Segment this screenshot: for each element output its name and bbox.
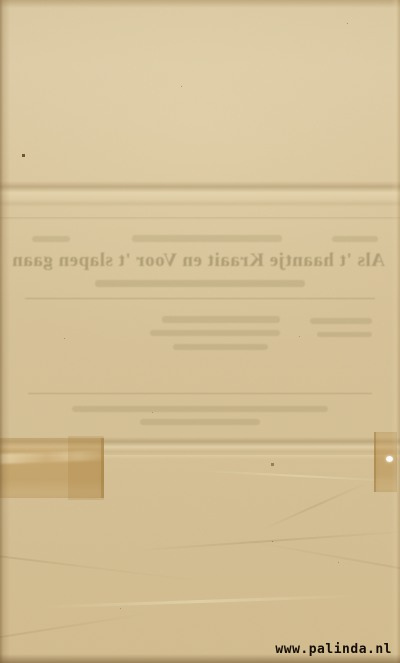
wrinkle-highlight bbox=[40, 594, 360, 608]
bleedthrough-smudge-line bbox=[162, 316, 280, 323]
bleedthrough-smudge-line bbox=[310, 318, 372, 324]
bleedthrough-rule bbox=[25, 298, 375, 299]
bleedthrough-rule bbox=[28, 393, 372, 394]
wrinkle-line bbox=[0, 553, 209, 583]
wrinkle-line bbox=[0, 612, 149, 639]
bleedthrough-smudge-line bbox=[150, 330, 280, 336]
paper-edge-left bbox=[0, 0, 10, 663]
scanned-paper-back: Als 't haantje Kraait en Voor 't slapen … bbox=[0, 0, 400, 663]
bleedthrough-smudge-line bbox=[132, 235, 282, 242]
bleedthrough-smudge-line bbox=[72, 406, 328, 412]
bleedthrough-smudge-line bbox=[140, 419, 260, 425]
paper-edge-top bbox=[0, 0, 400, 8]
horizontal-fold-crease-upper-faint bbox=[0, 217, 400, 220]
bleedthrough-smudge-line bbox=[332, 236, 378, 242]
watermark-url: www.palinda.nl bbox=[275, 642, 392, 657]
bleedthrough-smudge-line bbox=[95, 280, 305, 287]
horizontal-fold-crease-upper bbox=[0, 181, 400, 207]
wrinkle-line bbox=[260, 481, 370, 532]
wrinkle-line bbox=[130, 530, 400, 552]
bleedthrough-block: Als 't haantje Kraait en Voor 't slapen … bbox=[0, 228, 400, 438]
bleedthrough-smudge-line bbox=[32, 236, 70, 242]
wrinkle-highlight bbox=[200, 470, 400, 482]
bleedthrough-smudge-line bbox=[317, 332, 372, 337]
bleedthrough-smudge-line bbox=[173, 344, 268, 350]
wrinkle-line bbox=[231, 537, 400, 570]
tape-patch-left bbox=[0, 438, 104, 498]
paper-edge-right bbox=[391, 0, 400, 663]
bleedthrough-headline: Als 't haantje Kraait en Voor 't slapen … bbox=[15, 250, 385, 272]
